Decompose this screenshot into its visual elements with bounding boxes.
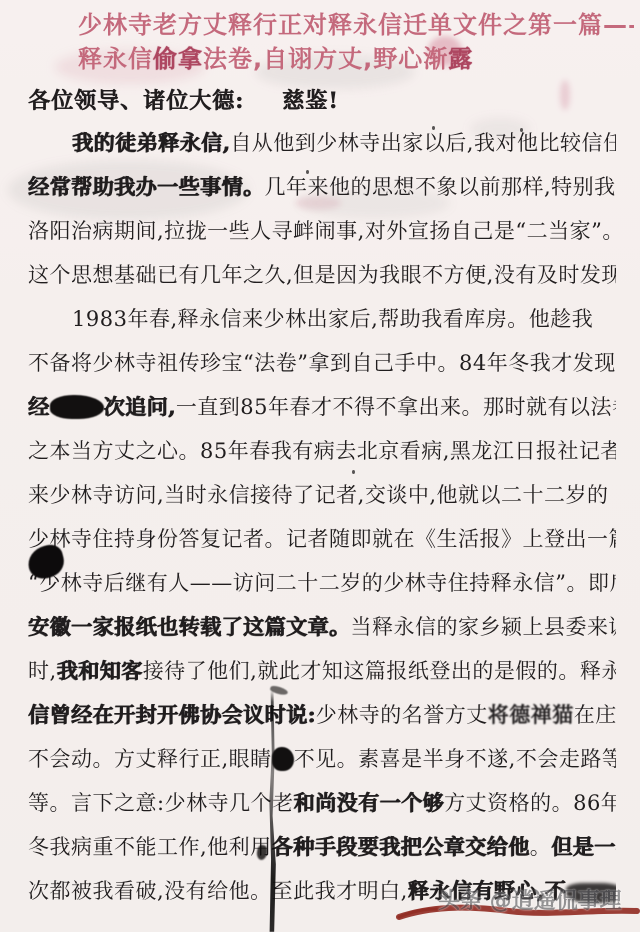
salutation-main: 各位领导、诸位大德: — [28, 88, 244, 114]
document-title: 少林寺老方丈释行正对释永信迁单文件之第一篇—— 释永信偷拿法卷,自诩方丈,野心渐… — [78, 8, 634, 76]
text-segment: 我的徒弟释永信, — [72, 130, 230, 155]
text-segment: 不备将少林寺祖传珍宝“法卷”拿到自己手中。84年冬我才发现, — [28, 351, 616, 375]
text-segment: 各种手段要我把公章交给他 — [272, 834, 530, 859]
document-line: 少林寺住持身份答复记者。记者随即就在《生活报》上登出一篇 — [28, 517, 616, 561]
pink-smudge — [560, 80, 570, 110]
text-segment: 洛阳治病期间,拉拢一些人寻衅闹事,对外宣扬自己是“二当家”。 — [28, 219, 616, 243]
text-segment: 1983年春,释永信来少林出家后,帮助我看库房。他趁我 — [72, 307, 593, 331]
document-line: 这个思想基础已有几年之久,但是因为我眼不方便,没有及时发现。 — [28, 253, 616, 297]
text-segment: 时, — [28, 659, 57, 683]
ink-blot — [50, 395, 104, 419]
document-line: 经次追问,一直到85年春才不得不拿出来。那时就有以法卷 — [28, 385, 616, 429]
document-line: 信曾经在开封开佛协会议时说:少林寺的名誉方丈将德禅猫在庄上 — [28, 693, 616, 737]
text-segment: 之本当方丈之心。85年春我有病去北京看病,黑龙江日报社记者 — [28, 439, 616, 463]
text-segment: 我和知客 — [57, 658, 143, 683]
text-segment: 次追问, — [104, 394, 176, 419]
title-line-2: 释永信偷拿法卷,自诩方丈,野心渐露 — [78, 42, 634, 76]
text-segment: 但是一次一 — [551, 834, 616, 859]
text-segment: 安徽一家报纸也转载了这篇文章。 — [28, 614, 351, 639]
document-line: 我的徒弟释永信,自从他到少林寺出家以后,我对他比较信任, — [28, 121, 616, 165]
text-segment: 不会动。方丈释行正,眼睛 — [28, 747, 272, 771]
text-segment: 将德禅猫 — [488, 702, 574, 727]
text-segment: 和尚没有一个够 — [294, 790, 445, 815]
document-line: 不会动。方丈释行正,眼睛不见。素喜是半身不遂,不会走路等 — [28, 737, 616, 781]
text-segment: 。 — [530, 835, 552, 859]
text-segment: 一直到85年春才不得不拿出来。那时就有以法卷 — [176, 395, 616, 419]
document-line: 来少林寺访问,当时永信接待了记者,交谈中,他就以二十二岁的 — [28, 473, 616, 517]
text-segment: 露 — [448, 45, 473, 73]
document-line: 洛阳治病期间,拉拢一些人寻衅闹事,对外宣扬自己是“二当家”。 — [28, 209, 616, 253]
text-segment: 经常帮助我办一些事情。 — [28, 174, 265, 199]
document-line: 不备将少林寺祖传珍宝“法卷”拿到自己手中。84年冬我才发现, — [28, 341, 616, 385]
text-segment: 少林寺的名誉方丈 — [316, 703, 488, 727]
text-segment: 少林寺住持身份答复记者。记者随即就在《生活报》上登出一篇 — [28, 527, 616, 551]
text-segment: 冬我病重不能工作,他利用 — [28, 835, 272, 859]
document-line: 1983年春,释永信来少林出家后,帮助我看库房。他趁我 — [28, 297, 616, 341]
document-line: 时,我和知客接待了他们,就此才知这篇报纸登出的是假的。释永 — [28, 649, 616, 693]
text-segment: 经 — [28, 394, 50, 419]
document-line: “少林寺后继有人——访问二十二岁的少林寺住持释永信”。即后 — [28, 561, 616, 605]
document-line: 经常帮助我办一些事情。几年来他的思想不象以前那样,特别我住 — [28, 165, 616, 209]
ink-blot — [272, 747, 294, 771]
toutiao-watermark: 头条 @逍遥侃事理 — [438, 884, 640, 915]
document-line: 之本当方丈之心。85年春我有病去北京看病,黑龙江日报社记者 — [28, 429, 616, 473]
document-line: 冬我病重不能工作,他利用各种手段要我把公章交给他。但是一次一 — [28, 825, 616, 869]
text-segment: “少林寺后继有人——访问二十二岁的少林寺住持释永信”。即后 — [28, 571, 616, 595]
text-segment: 来少林寺访问,当时永信接待了记者,交谈中,他就以二十二岁的 — [28, 483, 609, 507]
title-line-1: 少林寺老方丈释行正对释永信迁单文件之第一篇—— — [78, 8, 634, 42]
text-segment: 偷拿 — [153, 45, 203, 73]
document-line: 等。言下之意:少林寺几个老和尚没有一个够方丈资格的。86年 — [28, 781, 616, 825]
document-line: 安徽一家报纸也转载了这篇文章。当释永信的家乡颍上县委来调查 — [28, 605, 616, 649]
salutation-suffix: 慈鉴! — [282, 88, 339, 114]
text-segment: 自从他到少林寺出家以后,我对他比较信任, — [230, 131, 616, 155]
salutation-line: 各位领导、诸位大德:慈鉴! — [28, 84, 339, 115]
text-segment: 当释永信的家乡颍上县委来调查 — [351, 615, 617, 639]
document-page: 少林寺老方丈释行正对释永信迁单文件之第一篇—— 释永信偷拿法卷,自诩方丈,野心渐… — [0, 0, 640, 932]
text-segment: 几年来他的思想不象以前那样,特别我住 — [265, 175, 617, 199]
text-segment: 方丈资格的。86年 — [444, 791, 616, 815]
text-segment: 等。言下之意:少林寺几个老 — [28, 791, 294, 815]
text-segment: 在庄上 — [574, 703, 616, 727]
text-segment: 次都被我看破,没有给他。至此我才明白, — [28, 879, 408, 903]
text-segment: 法卷,自诩方丈,野心渐 — [203, 45, 448, 73]
text-segment: 接待了他们,就此才知这篇报纸登出的是假的。释永 — [143, 659, 616, 683]
text-segment: 不见。素喜是半身不遂,不会走路等 — [294, 747, 616, 771]
text-segment: 释永信 — [78, 45, 153, 73]
text-segment: 这个思想基础已有几年之久,但是因为我眼不方便,没有及时发现。 — [28, 263, 616, 287]
document-body: 我的徒弟释永信,自从他到少林寺出家以后,我对他比较信任,经常帮助我办一些事情。几… — [28, 121, 616, 913]
